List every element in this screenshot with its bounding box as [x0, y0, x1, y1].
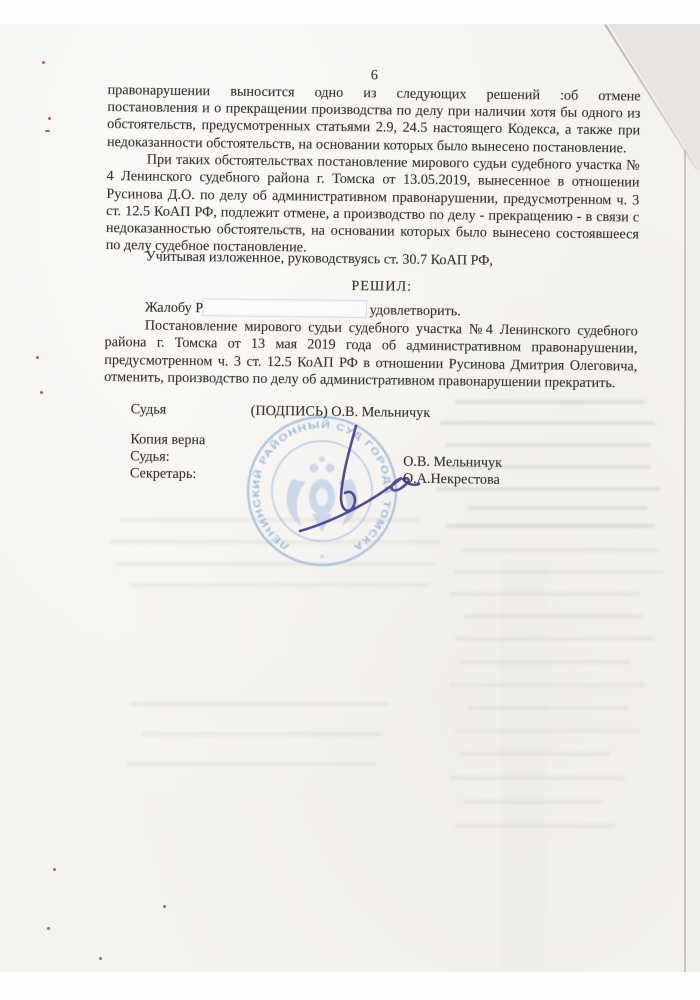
ink-speck — [48, 117, 51, 120]
body-paragraph-5: Постановление мирового судьи судебного у… — [104, 317, 638, 393]
ink-speck — [45, 130, 50, 132]
bleed-through-line — [126, 762, 376, 766]
bleed-through-line — [130, 702, 390, 706]
ink-speck — [47, 927, 50, 930]
bleed-through-line — [450, 683, 645, 687]
copy-judge-label: Судья: — [130, 448, 170, 466]
copy-secretary-name: О.А.Некрестова — [403, 471, 500, 489]
page-right-edge — [684, 150, 686, 972]
redaction-box — [203, 299, 366, 317]
ink-speck — [99, 957, 102, 960]
ink-speck — [40, 391, 43, 394]
resolution-heading: РЕШИЛ: — [105, 275, 648, 299]
bleed-through-line — [468, 706, 628, 710]
copy-certification-block: Копия верна Судья: Секретарь: О.В. Мельн… — [103, 431, 637, 498]
judge-signature-row: Судья (ПОДПИСЬ) О.В. Мельничук — [104, 401, 637, 426]
bleed-through-line — [460, 752, 610, 756]
complaint-suffix: удовлетворить. — [370, 302, 461, 319]
copy-judge-name: О.В. Мельничук — [403, 454, 502, 473]
bleed-through-line — [455, 729, 640, 733]
ink-speck — [163, 905, 166, 908]
bleed-through-line — [142, 732, 382, 736]
copy-note: Копия верна — [130, 431, 205, 449]
judge-label: Судья — [131, 401, 167, 419]
signature-note: (ПОДПИСЬ) О.В. Мельничук — [251, 403, 431, 422]
bleed-through-line — [464, 800, 604, 804]
scanner-background-top — [0, 0, 700, 24]
document-content: 6 правонарушении выносится одно из следу… — [101, 60, 641, 646]
bleed-through-line — [455, 824, 615, 828]
bleed-through-line — [460, 660, 630, 664]
ink-speck — [42, 61, 45, 64]
body-paragraph-1: постановления и о прекращении производст… — [107, 99, 641, 157]
copy-secretary-label: Секретарь: — [130, 465, 197, 483]
bleed-through-line — [450, 776, 625, 780]
body-paragraph-2: При таких обстоятельствах постановление … — [106, 151, 640, 261]
ink-speck — [36, 356, 39, 359]
scanner-background-bottom — [0, 972, 700, 1000]
complaint-prefix: Жалобу Р — [145, 299, 203, 316]
scanned-court-document: { "document": { "page_number": "6", "par… — [0, 0, 700, 1000]
ink-speck — [53, 868, 56, 871]
